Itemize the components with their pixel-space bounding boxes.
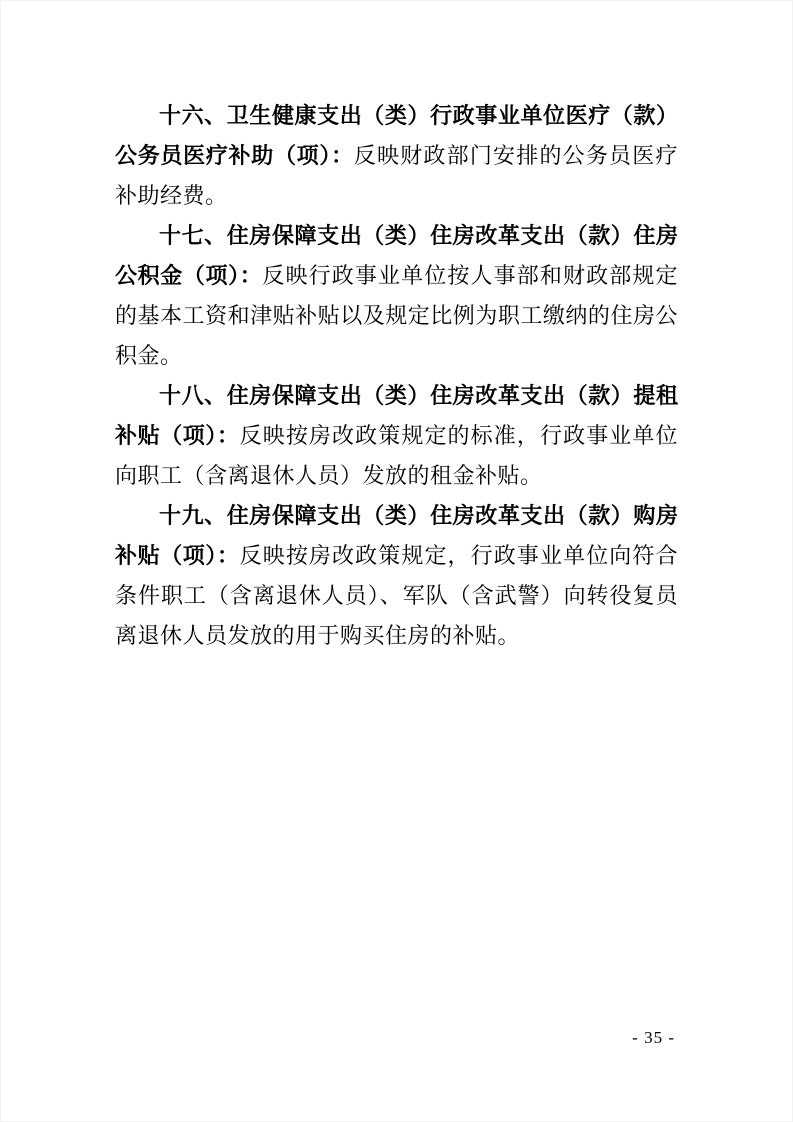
document-body: 十六、卫生健康支出（类）行政事业单位医疗（款）公务员医疗补助（项）：反映财政部门… [115, 96, 678, 656]
paragraph: 十六、卫生健康支出（类）行政事业单位医疗（款）公务员医疗补助（项）：反映财政部门… [115, 96, 678, 216]
paragraph: 十九、住房保障支出（类）住房改革支出（款）购房补贴（项）：反映按房改政策规定，行… [115, 496, 678, 656]
paragraph: 十八、住房保障支出（类）住房改革支出（款）提租补贴（项）：反映按房改政策规定的标… [115, 376, 678, 496]
page-number: - 35 - [0, 1028, 675, 1048]
document-page: 十六、卫生健康支出（类）行政事业单位医疗（款）公务员医疗补助（项）：反映财政部门… [0, 0, 793, 1122]
paragraph: 十七、住房保障支出（类）住房改革支出（款）住房公积金（项）：反映行政事业单位按人… [115, 216, 678, 376]
